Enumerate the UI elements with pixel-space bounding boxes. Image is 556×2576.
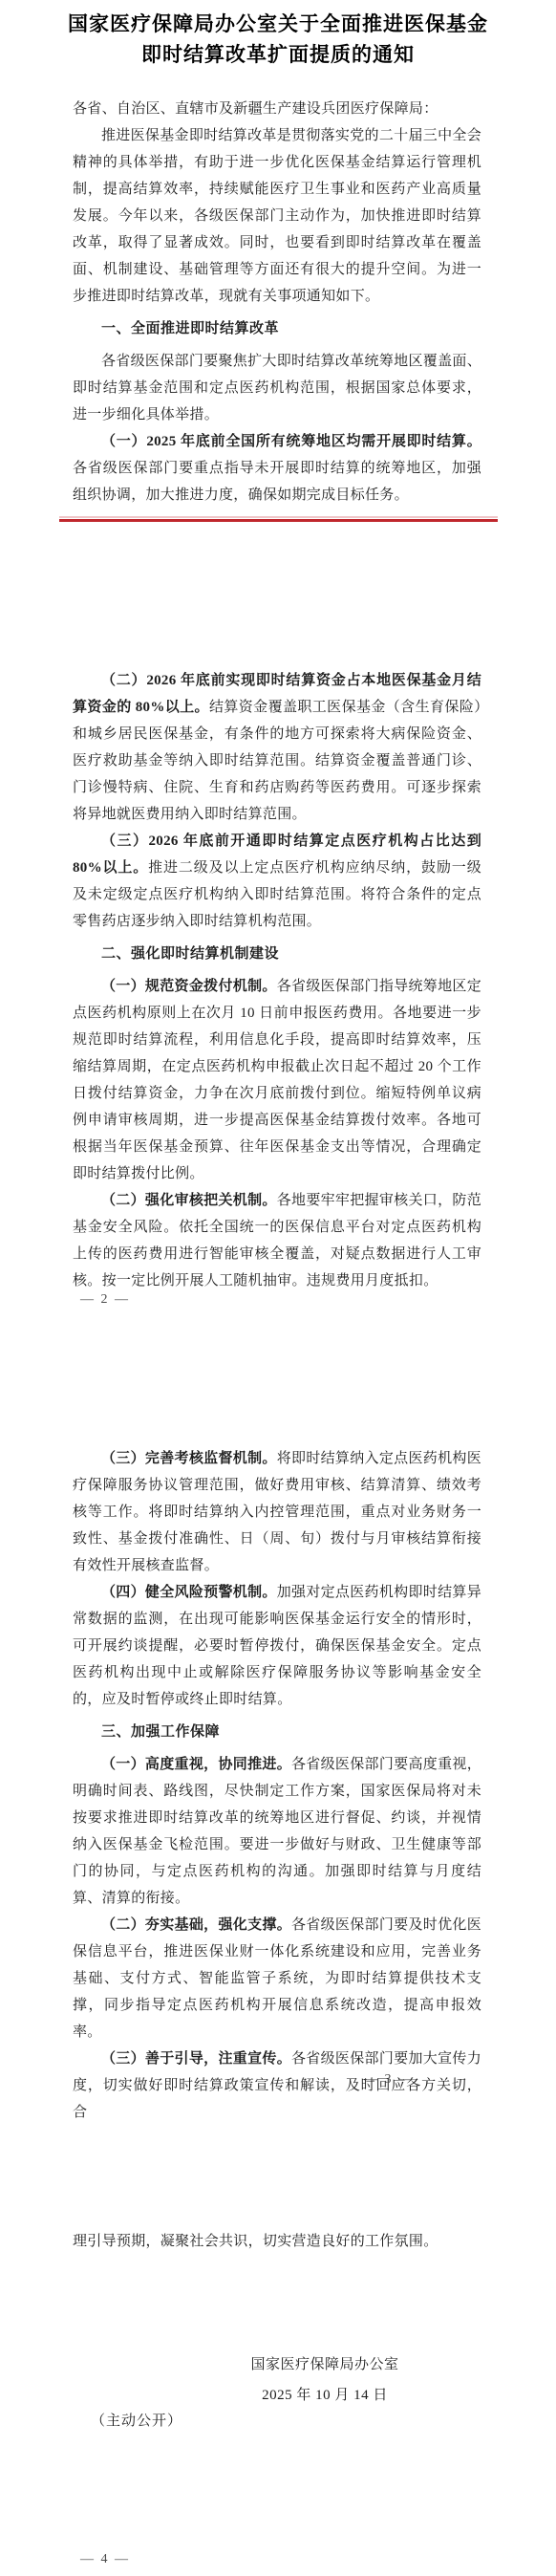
paragraph: （二）夯实基础，强化支撑。各省级医保部门要及时优化医保信息平台，推进医保业财一体… [73, 1912, 481, 2046]
page-divider-dark-line [59, 519, 498, 522]
document-title: 国家医疗保障局办公室关于全面推进医保基金 即时结算改革扩面提质的通知 [29, 9, 527, 70]
paragraph-lead: （二）强化审核把关机制。 [101, 1193, 277, 1208]
paragraph-lead: （一）2025 年底前全国所有统筹地区均需开展即时结算。 [101, 434, 481, 449]
issue-date: 2025 年 10 月 14 日 [220, 2380, 430, 2411]
paragraph: （四）健全风险预警机制。加强对定点医药机构即时结算异常数据的监测，在出现可能影响… [73, 1579, 481, 1713]
paragraph: （二）2026 年底前实现即时结算资金占本地医保基金月结算资金的 80%以上。结… [73, 667, 481, 828]
page-divider-red-line [59, 516, 498, 522]
paragraph-lead: （一）规范资金拨付机制。 [101, 979, 277, 994]
paragraph-lead: （一）高度重视，协同推进。 [101, 1757, 291, 1772]
issuing-office: 国家医疗保障局办公室 [220, 2349, 430, 2380]
paragraph: 理引导预期，凝聚社会共识，切实营造良好的工作氛围。 [73, 2228, 481, 2255]
document-section-1: 各省、自治区、直辖市及新疆生产建设兵团医疗保障局：推进医保基金即时结算改革是贯彻… [73, 96, 481, 509]
paragraph-lead: （三）完善考核监督机制。 [101, 1451, 277, 1466]
document-section-3: （三）完善考核监督机制。将即时结算纳入定点医药机构医疗保障服务协议管理范围，做好… [73, 1445, 481, 2126]
paragraph: 各省级医保部门要聚焦扩大即时结算改革统筹地区覆盖面、即时结算基金范围和定点医药机… [73, 348, 481, 428]
section-heading: 一、全面推进即时结算改革 [73, 315, 481, 342]
paragraph: （一）2025 年底前全国所有统筹地区均需开展即时结算。各省级医保部门要重点指导… [73, 428, 481, 509]
paragraph-lead: （二）夯实基础，强化支撑。 [101, 1917, 291, 1933]
document-title-line-2: 即时结算改革扩面提质的通知 [29, 39, 527, 70]
section-heading: 二、强化即时结算机制建设 [73, 941, 481, 967]
page-divider-light-line [59, 516, 498, 518]
page-number-3: — 3 — [364, 2072, 414, 2088]
paragraph: （三）善于引导，注重宣传。各省级医保部门要加大宣传力度，切实做好即时结算政策宣传… [73, 2046, 481, 2126]
paragraph: （二）强化审核把关机制。各地要牢牢把握审核关口，防范基金安全风险。依托全国统一的… [73, 1187, 481, 1294]
document-section-2: （二）2026 年底前实现即时结算资金占本地医保基金月结算资金的 80%以上。结… [73, 667, 481, 1294]
paragraph: 各省、自治区、直辖市及新疆生产建设兵团医疗保障局： [73, 96, 481, 122]
page-number-4: — 4 — [80, 2552, 130, 2567]
paragraph: （三）2026 年底前开通即时结算定点医疗机构占比达到 80%以上。推进二级及以… [73, 828, 481, 935]
page-number-2: — 2 — [80, 1292, 130, 1308]
paragraph-lead: （三）2026 年底前开通即时结算定点医疗机构占比达到 80%以上。 [73, 833, 481, 876]
section-heading: 三、加强工作保障 [73, 1719, 481, 1745]
paragraph: （一）高度重视，协同推进。各省级医保部门要高度重视，明确时间表、路线图，尽快制定… [73, 1751, 481, 1912]
document-title-line-1: 国家医疗保障局办公室关于全面推进医保基金 [29, 9, 527, 39]
signature-block: 国家医疗保障局办公室 2025 年 10 月 14 日 [220, 2349, 430, 2411]
document-page: 国家医疗保障局办公室关于全面推进医保基金 即时结算改革扩面提质的通知 各省、自治… [0, 0, 556, 2576]
disclosure-note: （主动公开） [91, 2410, 182, 2430]
paragraph-lead: （四）健全风险预警机制。 [101, 1585, 277, 1600]
paragraph-lead: （二）2026 年底前实现即时结算资金占本地医保基金月结算资金的 80%以上。 [73, 673, 481, 715]
document-section-4: 理引导预期，凝聚社会共识，切实营造良好的工作氛围。 [73, 2228, 481, 2255]
paragraph: 推进医保基金即时结算改革是贯彻落实党的二十届三中全会精神的具体举措，有助于进一步… [73, 122, 481, 310]
paragraph: （三）完善考核监督机制。将即时结算纳入定点医药机构医疗保障服务协议管理范围，做好… [73, 1445, 481, 1579]
paragraph: （一）规范资金拨付机制。各省级医保部门指导统筹地区定点医药机构原则上在次月 10… [73, 973, 481, 1187]
paragraph-lead: （三）善于引导，注重宣传。 [101, 2051, 291, 2067]
